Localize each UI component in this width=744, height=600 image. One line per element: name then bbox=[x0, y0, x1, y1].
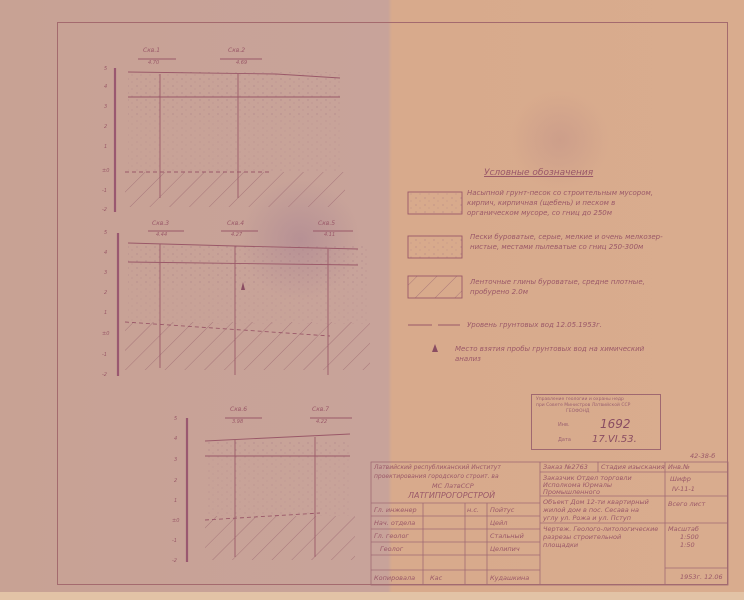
scale-tick: 5 bbox=[104, 66, 107, 72]
legend-item-sand: Пески буроватые, серые, мелкие и очень м… bbox=[470, 232, 663, 252]
borehole-elevation: 4.70 bbox=[148, 60, 159, 66]
signature-name: Стальный bbox=[490, 532, 524, 540]
borehole-elevation: 3.98 bbox=[232, 419, 243, 425]
signature-sign: Кас bbox=[430, 574, 442, 582]
signature-role: Гл. геолог bbox=[374, 532, 409, 540]
scale-tick: 4 bbox=[104, 250, 107, 256]
drawing-title-line: Чертеж. Геолого-литологические bbox=[543, 525, 658, 533]
borehole-label: Скв.3 bbox=[152, 220, 169, 227]
archive-stamp: Управление геологии и охраны недр при Со… bbox=[531, 394, 661, 450]
signature-name: Целипич bbox=[490, 545, 520, 553]
signature-name: Пойтус bbox=[490, 506, 514, 514]
drawing-year: 1953г. 12.06 bbox=[680, 573, 723, 581]
borehole-label: Скв.4 bbox=[227, 220, 244, 227]
scale-tick: -2 bbox=[172, 558, 177, 564]
legend-line: Ленточные глины буроватые, средне плотны… bbox=[470, 277, 645, 287]
order-number: Заказ №2763 bbox=[543, 463, 588, 471]
signature-role: Копировала bbox=[374, 574, 415, 582]
org-line: проектирования городского строит. ва bbox=[374, 473, 499, 481]
org-line: Латвийский республиканский Институт bbox=[374, 464, 501, 472]
scale-tick: -2 bbox=[102, 207, 107, 213]
stamp-inv-number: 1692 bbox=[600, 417, 631, 431]
borehole-label: Скв.5 bbox=[318, 220, 335, 227]
legend-line: нистые, местами пылеватые со гниц 250-30… bbox=[470, 242, 663, 252]
project-line: Промышленного bbox=[543, 488, 600, 496]
legend-line: анализ bbox=[455, 354, 644, 364]
legend-line: пробурено 2.0м bbox=[470, 287, 645, 297]
scale-tick: -1 bbox=[172, 538, 177, 544]
stamp-line: Управление геологии и охраны недр bbox=[536, 397, 624, 402]
borehole-elevation: 4.69 bbox=[236, 60, 247, 66]
borehole-label: Скв.1 bbox=[143, 47, 160, 54]
legend-line: Уровень грунтовых вод 12.05.1953г. bbox=[467, 320, 602, 330]
drawing-title-line: разрезы строительной bbox=[543, 533, 621, 541]
scale-horizontal: 1:500 bbox=[680, 533, 699, 541]
cipher-value: IV-11-1 bbox=[672, 485, 695, 493]
scale-tick: 2 bbox=[104, 290, 107, 296]
scale-tick: 1 bbox=[104, 144, 107, 150]
scale-tick: 4 bbox=[174, 436, 177, 442]
legend-line: Насыпной грунт-песок со строительным мус… bbox=[467, 188, 653, 198]
total-sheets-label: Всего лист bbox=[668, 500, 705, 508]
borehole-elevation: 4.44 bbox=[156, 232, 167, 238]
legend-line: кирпич, кирпичная (щебень) и песком в bbox=[467, 198, 653, 208]
scale-tick: 2 bbox=[174, 478, 177, 484]
borehole-elevation: 4.11 bbox=[324, 232, 335, 238]
scale-label: Масштаб bbox=[668, 525, 699, 533]
cipher-label: Шифр bbox=[670, 475, 691, 483]
scale-tick: 5 bbox=[104, 230, 107, 236]
legend-line: Пески буроватые, серые, мелкие и очень м… bbox=[470, 232, 663, 242]
scale-tick: -2 bbox=[102, 372, 107, 378]
scale-tick: 5 bbox=[174, 416, 177, 422]
legend-item-clay: Ленточные глины буроватые, средне плотны… bbox=[470, 277, 645, 297]
legend-item-sample: Место взятия пробы грунтовых вод на хими… bbox=[455, 344, 644, 364]
signature-role: Гл. инженер bbox=[374, 506, 417, 514]
stamp-line: ГЕОФОНД bbox=[566, 409, 589, 414]
inventory-label: Инв.№ bbox=[668, 463, 690, 471]
scale-vertical: 1:50 bbox=[680, 541, 695, 549]
signature-rank: н.с. bbox=[467, 506, 479, 514]
legend-line: органическом мусоре, со гниц до 250м bbox=[467, 208, 653, 218]
drawing-title-line: площадки bbox=[543, 541, 578, 549]
scale-tick: ±0 bbox=[102, 331, 109, 337]
sheet-code: 42-38-б bbox=[690, 452, 715, 460]
scale-tick: 3 bbox=[104, 104, 107, 110]
design-stage: Стадия изыскания bbox=[601, 463, 665, 471]
object-line: Объект Дом 12-ти квартирный bbox=[543, 498, 649, 506]
scale-tick: 2 bbox=[104, 124, 107, 130]
scale-tick: -1 bbox=[102, 188, 107, 194]
scale-tick: 3 bbox=[104, 270, 107, 276]
scale-tick: 4 bbox=[104, 84, 107, 90]
org-line: МС ЛатвССР bbox=[432, 482, 474, 490]
scale-tick: ±0 bbox=[172, 518, 179, 524]
signature-role: Геолог bbox=[380, 545, 403, 553]
scale-tick: ±0 bbox=[102, 168, 109, 174]
scale-tick: -1 bbox=[102, 352, 107, 358]
legend-line: Место взятия пробы грунтовых вод на хими… bbox=[455, 344, 644, 354]
object-line: жилой дом в пос. Сесава на bbox=[543, 506, 639, 514]
borehole-elevation: 4.22 bbox=[316, 419, 327, 425]
borehole-label: Скв.6 bbox=[230, 406, 247, 413]
borehole-elevation: 4.27 bbox=[231, 232, 242, 238]
stamp-date: 17.VI.53. bbox=[592, 434, 637, 445]
scale-tick: 1 bbox=[104, 310, 107, 316]
stamp-line: при Совете Министров Латвийской ССР bbox=[536, 403, 630, 408]
legend-item-fill: Насыпной грунт-песок со строительным мус… bbox=[467, 188, 653, 218]
object-line: углу ул. Рожа и ул. Пступ bbox=[543, 514, 631, 522]
signature-name: Цейл bbox=[490, 519, 507, 527]
signature-name: Кудашкина bbox=[490, 574, 529, 582]
borehole-label: Скв.7 bbox=[312, 406, 329, 413]
signature-role: Нач. отдела bbox=[374, 519, 415, 527]
legend-title: Условные обозначения bbox=[484, 168, 593, 178]
scale-tick: 3 bbox=[174, 457, 177, 463]
scale-tick: 1 bbox=[174, 498, 177, 504]
stamp-inv-label: Инв. bbox=[558, 422, 570, 428]
org-name: ЛАТГИПРОГОРСТРОЙ bbox=[408, 492, 495, 500]
borehole-label: Скв.2 bbox=[228, 47, 245, 54]
legend-item-groundwater: Уровень грунтовых вод 12.05.1953г. bbox=[467, 320, 602, 330]
stamp-date-label: Дата bbox=[558, 437, 571, 443]
